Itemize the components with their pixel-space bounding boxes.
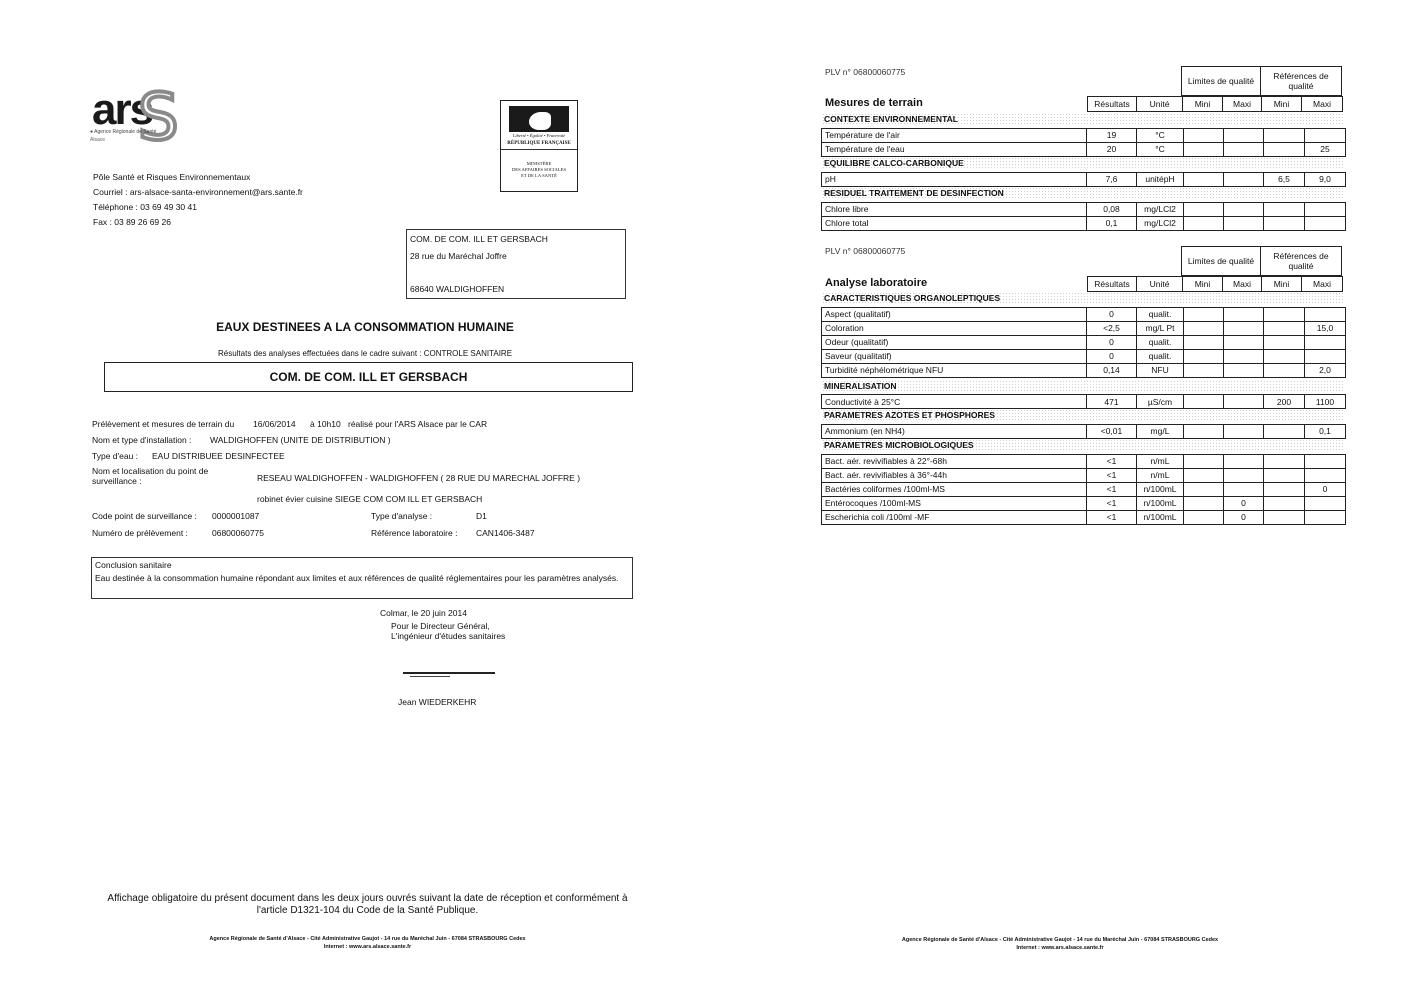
limit-min-cell: [1184, 424, 1224, 438]
limit-max-cell: [1224, 482, 1264, 496]
table-row: Odeur (qualitatif)0qualit.: [822, 335, 1346, 349]
ref-max-cell: [1305, 468, 1346, 482]
param-cell: Aspect (qualitatif): [822, 307, 1087, 321]
param-cell: Turbidité néphélométrique NFU: [822, 363, 1087, 377]
analysis-type-value: D1: [476, 511, 487, 521]
results-table: pH7,6unitépH6,59,0: [821, 172, 1346, 187]
ref-max-cell: 9,0: [1305, 172, 1346, 186]
param-cell: Saveur (qualitatif): [822, 349, 1087, 363]
ref-min-cell: [1264, 335, 1305, 349]
limit-max-cell: [1224, 142, 1264, 156]
ref-max-cell: [1305, 307, 1346, 321]
results-table: Chlore libre0,08mg/LCl2Chlore total0,1mg…: [821, 202, 1346, 231]
ref-max-cell: [1305, 510, 1346, 524]
water-type-label: Type d'eau :: [92, 451, 138, 461]
water-type-value: EAU DISTRIBUEE DESINFECTEE: [152, 451, 285, 461]
result-cell: <1: [1087, 482, 1137, 496]
results-table: Ammonium (en NH4)<0,01mg/L0,1: [821, 424, 1346, 439]
results-header: Résultats: [1088, 97, 1137, 112]
ref-min-cell: [1264, 468, 1305, 482]
param-cell: Chlore libre: [822, 202, 1087, 216]
lab-reference-value: CAN1406-3487: [476, 528, 535, 538]
unit-cell: °C: [1137, 142, 1184, 156]
ref-max-cell: 2,0: [1305, 363, 1346, 377]
unit-cell: n/mL: [1137, 454, 1184, 468]
republic-name: RÉPUBLIQUE FRANÇAISE: [501, 141, 577, 150]
point-label-1: Nom et localisation du point de: [92, 466, 208, 476]
sampling-date: 16/06/2014: [253, 419, 296, 429]
results-table: Température de l'air19°CTempérature de l…: [821, 128, 1346, 157]
document-title: EAUX DESTINEES A LA CONSOMMATION HUMAINE: [90, 320, 640, 334]
ars-logo-region: Alsace: [90, 137, 105, 143]
unit-cell: n/100mL: [1137, 482, 1184, 496]
lim-mini-header: Mini: [1183, 97, 1223, 112]
ref-min-cell: [1264, 321, 1305, 335]
republic-motto: Liberté • Égalité • Fraternité: [501, 133, 577, 138]
ref-max-cell: [1305, 496, 1346, 510]
entity-name-box: COM. DE COM. ILL ET GERSBACH: [104, 362, 633, 392]
ref-min-cell: 6,5: [1264, 172, 1305, 186]
param-cell: Escherichia coli /100ml -MF: [822, 510, 1087, 524]
unit-cell: qualit.: [1137, 335, 1184, 349]
table-row: Bactéries coliformes /100ml-MS<1n/100mL0: [822, 482, 1346, 496]
ref-maxi-header: Maxi: [1302, 277, 1343, 292]
param-cell: Température de l'air: [822, 128, 1087, 142]
ref-max-cell: 1100: [1305, 395, 1346, 409]
table-row: Bact. aér. revivifiables à 22°-68h<1n/mL: [822, 454, 1346, 468]
table-row: Chlore libre0,08mg/LCl2: [822, 202, 1346, 216]
limit-min-cell: [1184, 128, 1224, 142]
ref-max-cell: [1305, 454, 1346, 468]
limit-min-cell: [1184, 482, 1224, 496]
display-notice: Affichage obligatoire du présent documen…: [100, 893, 635, 917]
table-row: Température de l'eau20°C25: [822, 142, 1346, 156]
param-cell: Bact. aér. revivifiables à 22°-68h: [822, 454, 1087, 468]
contact-fax: Fax : 03 89 26 69 26: [93, 217, 171, 227]
limit-min-cell: [1184, 142, 1224, 156]
param-cell: Odeur (qualitatif): [822, 335, 1087, 349]
results-header: Résultats: [1088, 277, 1137, 292]
table-row: Turbidité néphélométrique NFU0,14NFU2,0: [822, 363, 1346, 377]
point-value-2: robinet évier cuisine SIEGE COM COM ILL …: [257, 494, 482, 504]
limit-min-cell: [1184, 349, 1224, 363]
ars-logo-s-mark: S: [138, 86, 179, 150]
lim-maxi-header: Maxi: [1223, 277, 1262, 292]
limit-max-cell: [1224, 468, 1264, 482]
table-row: Ammonium (en NH4)<0,01mg/L0,1: [822, 424, 1346, 438]
group-header: EQUILIBRE CALCO-CARBONIQUE: [822, 157, 1344, 169]
ref-max-cell: [1305, 128, 1346, 142]
sample-number-value: 06800060775: [212, 528, 264, 538]
code-label: Code point de surveillance :: [92, 511, 197, 521]
limit-min-cell: [1184, 454, 1224, 468]
ref-max-cell: 15,0: [1305, 321, 1346, 335]
result-cell: 471: [1087, 395, 1137, 409]
plv-number-lab: PLV n° 06800060775: [825, 246, 905, 256]
recipient-address: COM. DE COM. ILL ET GERSBACH 28 rue du M…: [406, 229, 626, 299]
references-header: Références de qualité: [1261, 67, 1342, 96]
unit-cell: mg/L: [1137, 424, 1184, 438]
limit-min-cell: [1184, 216, 1224, 230]
result-cell: 20: [1087, 142, 1137, 156]
group-header: MINERALISATION: [822, 380, 1344, 392]
ref-min-cell: [1264, 482, 1305, 496]
unit-cell: n/100mL: [1137, 510, 1184, 524]
marianne-icon: [509, 106, 569, 132]
result-cell: <1: [1087, 468, 1137, 482]
ref-min-cell: [1264, 307, 1305, 321]
recipient-line-3: 68640 WALDIGHOFFEN: [410, 284, 504, 294]
ref-mini-header: Mini: [1262, 97, 1302, 112]
sampling-time: à 10h10: [310, 419, 341, 429]
param-cell: Conductivité à 25°C: [822, 395, 1087, 409]
unit-cell: n/mL: [1137, 468, 1184, 482]
signature-mark-stroke: [410, 676, 450, 677]
ref-max-cell: 25: [1305, 142, 1346, 156]
param-cell: Entérocoques /100ml-MS: [822, 496, 1087, 510]
result-cell: <1: [1087, 510, 1137, 524]
unit-cell: mg/LCl2: [1137, 216, 1184, 230]
result-cell: <2,5: [1087, 321, 1137, 335]
signatory-title-2: L'ingénieur d'études sanitaires: [391, 631, 505, 641]
limits-header: Limites de qualité: [1182, 67, 1261, 96]
limit-max-cell: [1224, 216, 1264, 230]
table-row: Conductivité à 25°C471µS/cm2001100: [822, 395, 1346, 409]
table-row: Escherichia coli /100ml -MF<1n/100mL0: [822, 510, 1346, 524]
unit-cell: °C: [1137, 128, 1184, 142]
table-row: Aspect (qualitatif)0qualit.: [822, 307, 1346, 321]
ref-min-cell: [1264, 216, 1305, 230]
signatory-name: Jean WIEDERKEHR: [398, 697, 476, 707]
limit-max-cell: [1224, 395, 1264, 409]
ref-max-cell: [1305, 202, 1346, 216]
ref-min-cell: 200: [1264, 395, 1305, 409]
conclusion-text: Eau destinée à la consommation humaine r…: [95, 573, 625, 584]
sampling-label: Prélèvement et mesures de terrain du: [92, 419, 234, 429]
signatory-title-1: Pour le Directeur Général,: [391, 621, 490, 631]
sampling-by: réalisé pour l'ARS Alsace par le CAR: [348, 419, 487, 429]
ref-min-cell: [1264, 349, 1305, 363]
limit-max-cell: [1224, 349, 1264, 363]
ars-logo-subtitle: ● Agence Régionale de Santé: [90, 129, 156, 135]
unit-header: Unité: [1137, 97, 1183, 112]
ref-max-cell: [1305, 335, 1346, 349]
ref-max-cell: 0,1: [1305, 424, 1346, 438]
group-header: PARAMETRES MICROBIOLOGIQUES: [822, 439, 1344, 451]
limit-max-cell: [1224, 424, 1264, 438]
ref-max-cell: 0: [1305, 482, 1346, 496]
result-cell: <1: [1087, 496, 1137, 510]
ref-min-cell: [1264, 424, 1305, 438]
ref-min-cell: [1264, 142, 1305, 156]
document-subtitle: Résultats des analyses effectuées dans l…: [90, 349, 640, 358]
result-cell: 0: [1087, 335, 1137, 349]
limit-min-cell: [1184, 335, 1224, 349]
code-value: 0000001087: [212, 511, 259, 521]
table-row: Coloration<2,5mg/L Pt15,0: [822, 321, 1346, 335]
result-cell: 0: [1087, 349, 1137, 363]
contact-phone: Téléphone : 03 69 49 30 41: [93, 202, 197, 212]
ref-min-cell: [1264, 128, 1305, 142]
lab-table-subheader: Résultats Unité Mini Maxi Mini Maxi: [1087, 276, 1343, 292]
ref-min-cell: [1264, 363, 1305, 377]
result-cell: 0,08: [1087, 202, 1137, 216]
table-row: Chlore total0,1mg/LCl2: [822, 216, 1346, 230]
footer-address-right: Agence Régionale de Santé d'Alsace - Cit…: [840, 936, 1280, 952]
param-cell: pH: [822, 172, 1087, 186]
group-header: RESIDUEL TRAITEMENT DE DESINFECTION: [822, 187, 1344, 199]
plv-number-field: PLV n° 06800060775: [825, 67, 905, 77]
limit-min-cell: [1184, 321, 1224, 335]
limits-header: Limites de qualité: [1182, 247, 1261, 276]
contact-email: Courriel : ars-alsace-santa-environnemen…: [93, 187, 303, 197]
field-table-subheader: Résultats Unité Mini Maxi Mini Maxi: [1087, 96, 1343, 112]
field-section-title: Mesures de terrain: [825, 97, 923, 109]
conclusion-box: Conclusion sanitaire Eau destinée à la c…: [91, 557, 633, 599]
conclusion-title: Conclusion sanitaire: [95, 560, 172, 570]
limit-min-cell: [1184, 496, 1224, 510]
limit-max-cell: [1224, 128, 1264, 142]
contact-pole: Pôle Santé et Risques Environnementaux: [93, 172, 250, 182]
limit-min-cell: [1184, 307, 1224, 321]
ref-min-cell: [1264, 202, 1305, 216]
ref-min-cell: [1264, 496, 1305, 510]
unit-header: Unité: [1137, 277, 1183, 292]
result-cell: 0: [1087, 307, 1137, 321]
unit-cell: mg/L Pt: [1137, 321, 1184, 335]
limit-min-cell: [1184, 363, 1224, 377]
point-value-1: RESEAU WALDIGHOFFEN - WALDIGHOFFEN ( 28 …: [257, 473, 580, 483]
unit-cell: mg/LCl2: [1137, 202, 1184, 216]
results-table: Bact. aér. revivifiables à 22°-68h<1n/mL…: [821, 454, 1346, 525]
limit-min-cell: [1184, 510, 1224, 524]
result-cell: 0,14: [1087, 363, 1137, 377]
result-cell: <0,01: [1087, 424, 1137, 438]
ref-min-cell: [1264, 454, 1305, 468]
recipient-line-2: 28 rue du Maréchal Joffre: [410, 251, 507, 261]
param-cell: Chlore total: [822, 216, 1087, 230]
unit-cell: NFU: [1137, 363, 1184, 377]
ref-max-cell: [1305, 349, 1346, 363]
republique-francaise-logo: Liberté • Égalité • Fraternité RÉPUBLIQU…: [500, 100, 578, 192]
limit-max-cell: [1224, 202, 1264, 216]
unit-cell: qualit.: [1137, 349, 1184, 363]
group-header: CARACTERISTIQUES ORGANOLEPTIQUES: [822, 292, 1344, 304]
group-header: CONTEXTE ENVIRONNEMENTAL: [822, 113, 1344, 125]
limit-min-cell: [1184, 468, 1224, 482]
install-value: WALDIGHOFFEN (UNITE DE DISTRIBUTION ): [210, 435, 391, 445]
limit-max-cell: [1224, 321, 1264, 335]
limit-max-cell: [1224, 307, 1264, 321]
limit-min-cell: [1184, 395, 1224, 409]
results-table: Aspect (qualitatif)0qualit.Coloration<2,…: [821, 307, 1346, 378]
references-header: Références de qualité: [1261, 247, 1342, 276]
lim-maxi-header: Maxi: [1223, 97, 1262, 112]
limit-max-cell: [1224, 454, 1264, 468]
lim-mini-header: Mini: [1183, 277, 1223, 292]
param-cell: Coloration: [822, 321, 1087, 335]
limit-max-cell: 0: [1224, 510, 1264, 524]
result-cell: <1: [1087, 454, 1137, 468]
place-date: Colmar, le 20 juin 2014: [380, 608, 467, 618]
table-row: pH7,6unitépH6,59,0: [822, 172, 1346, 186]
table-row: Entérocoques /100ml-MS<1n/100mL0: [822, 496, 1346, 510]
sample-number-label: Numéro de prélèvement :: [92, 528, 188, 538]
footer-address: Agence Régionale de Santé d'Alsace - Cit…: [100, 935, 635, 951]
install-label: Nom et type d'installation :: [92, 435, 191, 445]
field-table-header: Limites de qualité Références de qualité: [1087, 66, 1342, 96]
unit-cell: qualit.: [1137, 307, 1184, 321]
results-table: Conductivité à 25°C471µS/cm2001100: [821, 394, 1346, 409]
limit-max-cell: [1224, 172, 1264, 186]
table-row: Bact. aér. revivifiables à 36°-44h<1n/mL: [822, 468, 1346, 482]
analysis-type-label: Type d'analyse :: [371, 511, 432, 521]
lab-reference-label: Référence laboratoire :: [371, 528, 457, 538]
param-cell: Température de l'eau: [822, 142, 1087, 156]
table-row: Saveur (qualitatif)0qualit.: [822, 349, 1346, 363]
unit-cell: n/100mL: [1137, 496, 1184, 510]
param-cell: Ammonium (en NH4): [822, 424, 1087, 438]
result-cell: 7,6: [1087, 172, 1137, 186]
ref-max-cell: [1305, 216, 1346, 230]
ministry-name: MINISTÈRE DES AFFAIRES SOCIALES ET DE LA…: [501, 161, 577, 179]
signature-mark: [403, 672, 495, 674]
unit-cell: µS/cm: [1137, 395, 1184, 409]
lab-table-header: Limites de qualité Références de qualité: [1087, 246, 1342, 276]
limit-min-cell: [1184, 202, 1224, 216]
lab-section-title: Analyse laboratoire: [825, 277, 927, 289]
ref-min-cell: [1264, 510, 1305, 524]
recipient-line-1: COM. DE COM. ILL ET GERSBACH: [410, 234, 548, 244]
limit-max-cell: 0: [1224, 496, 1264, 510]
table-row: Température de l'air19°C: [822, 128, 1346, 142]
param-cell: Bactéries coliformes /100ml-MS: [822, 482, 1087, 496]
ref-mini-header: Mini: [1262, 277, 1302, 292]
limit-max-cell: [1224, 335, 1264, 349]
unit-cell: unitépH: [1137, 172, 1184, 186]
result-cell: 19: [1087, 128, 1137, 142]
limit-max-cell: [1224, 363, 1264, 377]
result-cell: 0,1: [1087, 216, 1137, 230]
ref-maxi-header: Maxi: [1302, 97, 1343, 112]
limit-min-cell: [1184, 172, 1224, 186]
group-header: PARAMETRES AZOTES ET PHOSPHORES: [822, 409, 1344, 421]
param-cell: Bact. aér. revivifiables à 36°-44h: [822, 468, 1087, 482]
point-label-2: surveillance :: [92, 476, 142, 486]
